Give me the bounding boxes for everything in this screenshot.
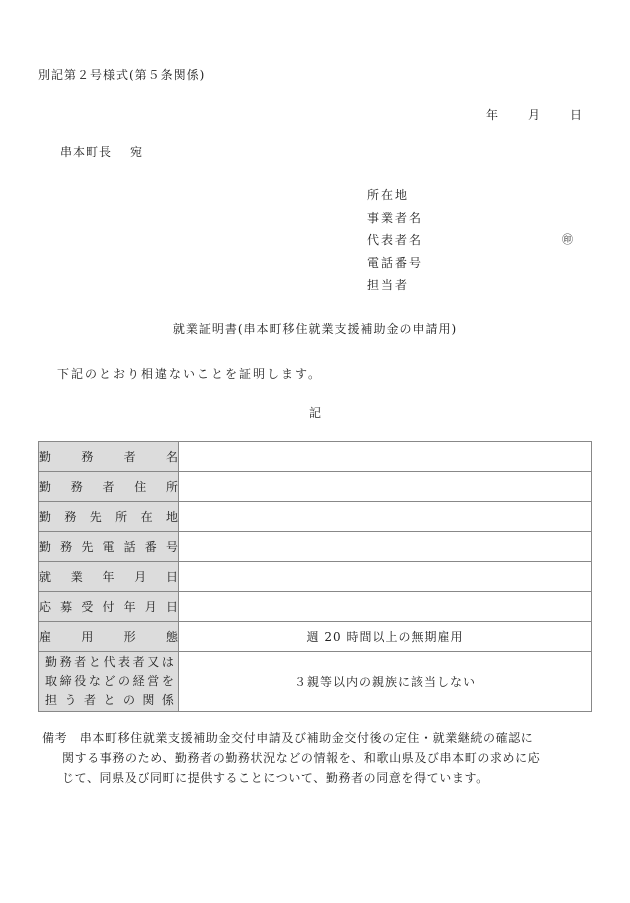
label-char: 務 <box>71 478 83 495</box>
label-char: 話 <box>124 538 136 555</box>
table-row: 勤務者と代表者又は取締役などの経営を担う者との関係３親等以内の親族に該当しない <box>39 652 592 712</box>
row-label: 勤務先所在地 <box>39 502 179 532</box>
label-char: 又 <box>147 653 159 672</box>
row-label-line: 勤務先電話番号 <box>39 538 178 555</box>
table-row: 勤務者名 <box>39 442 592 472</box>
row-label-line: 勤務者名 <box>39 448 178 465</box>
label-char: ど <box>103 672 115 691</box>
label-char: と <box>89 653 101 672</box>
row-label: 勤務者住所 <box>39 472 179 502</box>
label-char: 年 <box>124 598 136 615</box>
addressee-honorific: 宛 <box>130 145 143 159</box>
label-char: 就 <box>39 568 51 585</box>
row-label-line: 勤務先所在地 <box>39 508 178 525</box>
label-char: 者 <box>74 653 86 672</box>
row-value-field[interactable] <box>179 532 592 562</box>
table-row: 勤務先所在地 <box>39 502 592 532</box>
label-char: 先 <box>81 538 93 555</box>
label-char: 者 <box>102 478 114 495</box>
label-char: 勤 <box>39 478 51 495</box>
row-value-field[interactable] <box>179 442 592 472</box>
issuer-contact-label: 担当者 <box>367 276 423 299</box>
label-char: 関 <box>142 691 154 710</box>
row-label: 勤務者名 <box>39 442 179 472</box>
label-char: は <box>162 653 174 672</box>
label-char: 雇 <box>39 628 51 645</box>
row-value-field[interactable]: 週 20 時間以上の無期雇用 <box>179 622 592 652</box>
issuer-phone-label: 電話番号 <box>367 254 423 277</box>
row-label: 応募受付年月日 <box>39 592 179 622</box>
remarks: 備考 串本町移住就業支援補助金交付申請及び補助金交付後の定住・就業継続の確認に … <box>42 728 540 788</box>
label-char: 所 <box>115 508 127 525</box>
label-char: 月 <box>134 568 146 585</box>
row-label-line: 応募受付年月日 <box>39 598 178 615</box>
label-char: 営 <box>147 672 159 691</box>
remarks-line: 備考 串本町移住就業支援補助金交付申請及び補助金交付後の定住・就業継続の確認に <box>42 728 540 748</box>
label-char: 務 <box>60 538 72 555</box>
label-char: の <box>118 672 130 691</box>
label-char: 態 <box>166 628 178 645</box>
date-month-label: 月 <box>528 106 540 123</box>
label-char: う <box>64 691 76 710</box>
label-char: 者 <box>84 691 96 710</box>
row-value-field[interactable] <box>179 562 592 592</box>
label-char: 年 <box>102 568 114 585</box>
label-char: 名 <box>166 448 178 465</box>
label-char: 者 <box>124 448 136 465</box>
label-char: 日 <box>166 568 178 585</box>
label-char: 地 <box>166 508 178 525</box>
table-row: 勤務者住所 <box>39 472 592 502</box>
row-label-line: 就業年月日 <box>39 568 178 585</box>
form-number: 別記第２号様式(第５条関係) <box>38 66 205 83</box>
label-char: 締 <box>60 672 72 691</box>
addressee-name: 串本町長 <box>60 145 112 159</box>
label-char: 電 <box>102 538 114 555</box>
label-char: 用 <box>81 628 93 645</box>
date-year-label: 年 <box>486 106 498 123</box>
row-label: 雇用形態 <box>39 622 179 652</box>
label-char: 住 <box>134 478 146 495</box>
row-label-line: 勤務者と代表者又は <box>45 653 174 672</box>
label-char: 務 <box>64 508 76 525</box>
label-char: を <box>162 672 174 691</box>
table-row: 勤務先電話番号 <box>39 532 592 562</box>
row-label-line: 勤務者住所 <box>39 478 178 495</box>
label-char: 者 <box>133 653 145 672</box>
row-value-field[interactable] <box>179 592 592 622</box>
label-char: 係 <box>162 691 174 710</box>
issuer-representative-label: 代表者名 <box>367 233 423 247</box>
label-char: 応 <box>39 598 51 615</box>
label-char: な <box>89 672 101 691</box>
label-char: 代 <box>103 653 115 672</box>
label-char: 受 <box>81 598 93 615</box>
row-label-line: 担う者との関係 <box>45 691 174 710</box>
remarks-line: 関する事務のため、勤務者の勤務状況などの情報を、和歌山県及び串本町の求めに応 <box>42 748 540 768</box>
row-value-field[interactable] <box>179 502 592 532</box>
addressee: 串本町長宛 <box>60 143 143 160</box>
label-char: 月 <box>145 598 157 615</box>
issuer-block: 所在地 事業者名 代表者名 ㊞ 電話番号 担当者 <box>367 186 423 299</box>
table-row: 就業年月日 <box>39 562 592 592</box>
label-char: 形 <box>124 628 136 645</box>
label-char: と <box>103 691 115 710</box>
label-char: 務 <box>60 653 72 672</box>
row-value-field[interactable] <box>179 472 592 502</box>
date-line: 年 月 日 <box>486 106 582 123</box>
issuer-address-label: 所在地 <box>367 186 423 209</box>
label-char: 表 <box>118 653 130 672</box>
remarks-line: じて、同県及び同町に提供することについて、勤務者の同意を得ています。 <box>42 768 540 788</box>
label-char: 先 <box>90 508 102 525</box>
label-char: 付 <box>102 598 114 615</box>
label-char: の <box>123 691 135 710</box>
label-char: 務 <box>81 448 93 465</box>
label-char: 募 <box>60 598 72 615</box>
label-char: 勤 <box>39 538 51 555</box>
seal-icon: ㊞ <box>562 231 575 247</box>
issuer-company-label: 事業者名 <box>367 209 423 232</box>
label-char: 番 <box>145 538 157 555</box>
label-char: 号 <box>166 538 178 555</box>
row-value-field[interactable]: ３親等以内の親族に該当しない <box>179 652 592 712</box>
label-char: 在 <box>141 508 153 525</box>
date-day-label: 日 <box>570 106 582 123</box>
row-label: 勤務先電話番号 <box>39 532 179 562</box>
label-char: 業 <box>71 568 83 585</box>
table-row: 応募受付年月日 <box>39 592 592 622</box>
issuer-representative-row: 代表者名 ㊞ <box>367 231 423 254</box>
row-label: 勤務者と代表者又は取締役などの経営を担う者との関係 <box>39 652 179 712</box>
label-char: 経 <box>133 672 145 691</box>
label-char: 勤 <box>39 508 51 525</box>
ki-heading: 記 <box>0 404 630 421</box>
label-char: 担 <box>45 691 57 710</box>
row-label: 就業年月日 <box>39 562 179 592</box>
label-char: 勤 <box>45 653 57 672</box>
label-char: 日 <box>166 598 178 615</box>
table-row: 雇用形態週 20 時間以上の無期雇用 <box>39 622 592 652</box>
label-char: 勤 <box>39 448 51 465</box>
label-char: 所 <box>166 478 178 495</box>
document-title: 就業証明書(串本町移住就業支援補助金の申請用) <box>0 320 630 337</box>
label-char: 役 <box>74 672 86 691</box>
certification-statement: 下記のとおり相違ないことを証明します。 <box>57 365 322 382</box>
certificate-table: 勤務者名勤務者住所勤務先所在地勤務先電話番号就業年月日応募受付年月日雇用形態週 … <box>38 441 592 712</box>
row-label-line: 雇用形態 <box>39 628 178 645</box>
row-label-line: 取締役などの経営を <box>45 672 174 691</box>
label-char: 取 <box>45 672 57 691</box>
